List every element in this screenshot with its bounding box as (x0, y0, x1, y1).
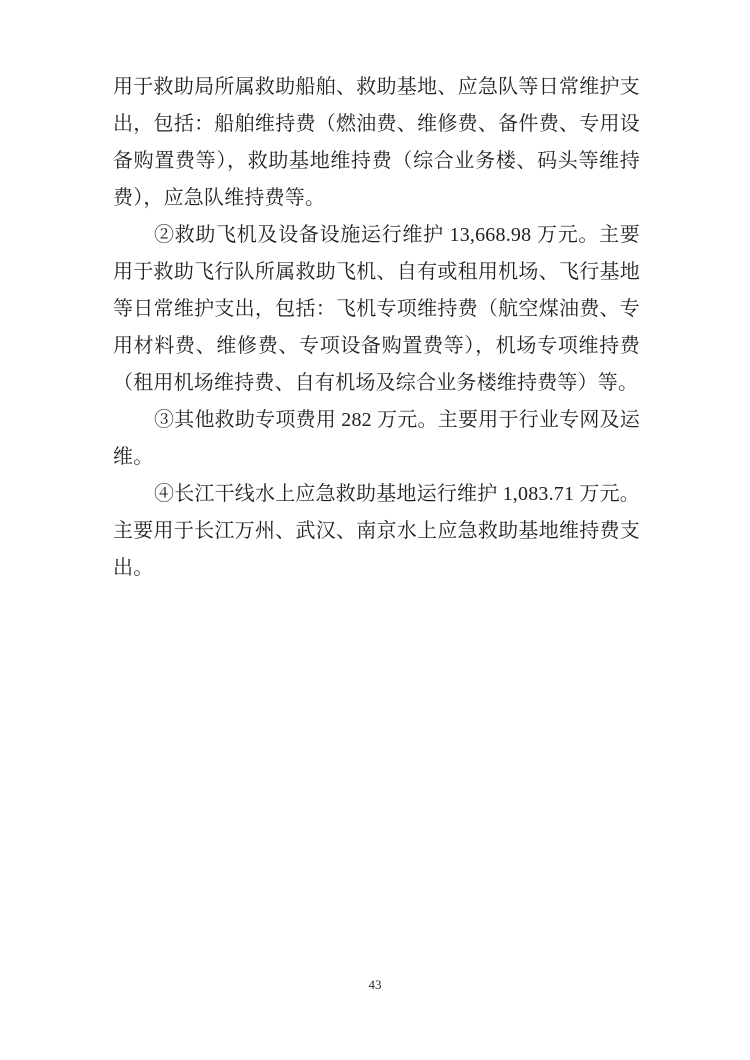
paragraph-other-rescue-special-expenses: ③其他救助专项费用 282 万元。主要用于行业专网及运维。 (113, 402, 640, 476)
document-body: 用于救助局所属救助船舶、救助基地、应急队等日常维护支出，包括：船舶维持费（燃油费… (113, 69, 640, 587)
paragraph-rescue-aircraft-maintenance: ②救助飞机及设备设施运行维护 13,668.98 万元。主要用于救助飞行队所属救… (113, 217, 640, 402)
paragraph-yangtze-emergency-rescue-base-maintenance: ④长江干线水上应急救助基地运行维护 1,083.71 万元。主要用于长江万州、武… (113, 476, 640, 587)
page-number: 43 (369, 977, 382, 992)
paragraph-continuation-rescue-ships-maintenance: 用于救助局所属救助船舶、救助基地、应急队等日常维护支出，包括：船舶维持费（燃油费… (113, 69, 640, 217)
document-page: 用于救助局所属救助船舶、救助基地、应急队等日常维护支出，包括：船舶维持费（燃油费… (0, 0, 750, 1060)
page-footer: 43 (0, 976, 750, 994)
